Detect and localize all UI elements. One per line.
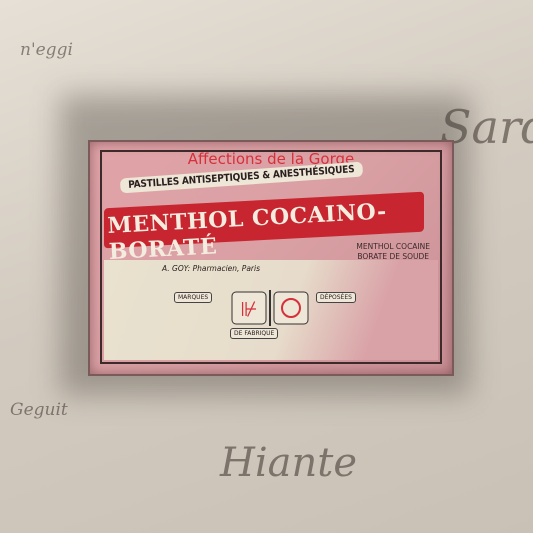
handwriting-line-2: Geguit — [10, 400, 68, 420]
trademark-right-label: DÉPOSÉES — [316, 292, 356, 303]
handwriting-line: n'eggi — [20, 40, 73, 60]
tin-header: Affections de la Gorge — [90, 150, 452, 168]
crest-emblem-icon: ⊮ — [230, 290, 310, 326]
trademark-left-label: MARQUES — [174, 292, 212, 303]
trademark-bottom-label: DE FABRIQUE — [230, 328, 278, 339]
maker-text: A. GOY: Pharmacien, Paris — [162, 264, 260, 273]
svg-text:⊮: ⊮ — [240, 297, 257, 321]
handwriting-large-2: Hiante — [220, 440, 357, 486]
pastille-tin: Affections de la Gorge PASTILLES ANTISEP… — [88, 140, 454, 376]
ingredients-line-1: MENTHOL COCAINE — [356, 242, 430, 252]
ingredients-line-2: BORATE DE SOUDE — [356, 252, 430, 262]
ingredients: MENTHOL COCAINE BORATE DE SOUDE — [356, 242, 430, 262]
